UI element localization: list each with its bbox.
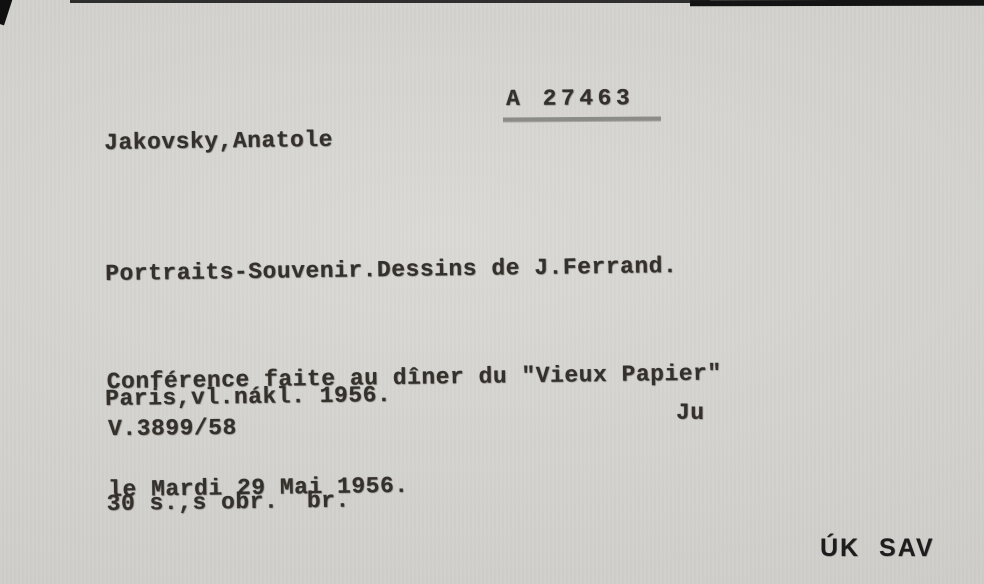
call-number-underline — [503, 116, 661, 121]
imprint-statement: Paris,vl.nákl. 1956. 30 s.,s obr. br. — [104, 308, 394, 584]
scan-corner-artifact — [0, 0, 13, 25]
author-heading: Jakovsky,Anatole — [104, 127, 333, 156]
imprint-line: Paris,vl.nákl. 1956. — [105, 378, 392, 417]
imprint-line: 30 s.,s obr. br. — [106, 483, 393, 522]
title-line: Portraits-Souvenir.Dessins de J.Ferrand. — [105, 247, 720, 292]
call-number: A 27463 — [506, 85, 634, 112]
catalog-card: A 27463 Jakovsky,Anatole Portraits-Souve… — [0, 0, 984, 584]
cataloger-initials: Ju — [676, 400, 705, 426]
library-stamp: ÚK SAV — [820, 534, 935, 563]
scan-edge-artifact — [690, 0, 984, 6]
scan-edge-artifact — [70, 0, 710, 3]
accession-number: V.3899/58 — [108, 415, 237, 442]
